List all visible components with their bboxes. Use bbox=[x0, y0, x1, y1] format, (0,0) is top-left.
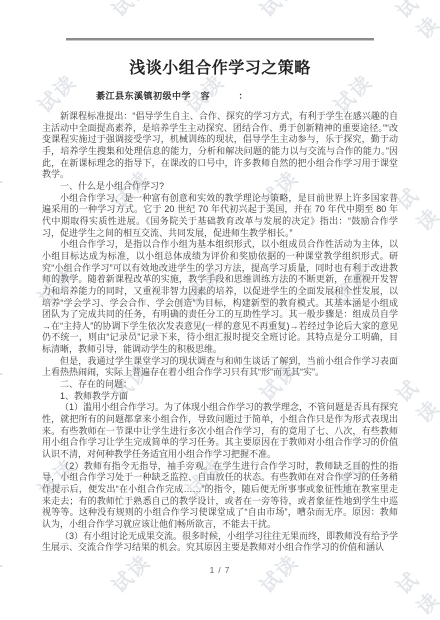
paragraph: （3）有小组讨论无成果交流。很多时候，小组学习往往无果而终，即教师没有给予学生展… bbox=[42, 531, 398, 554]
watermark-text: 试读 bbox=[389, 554, 440, 620]
watermark-text: 试读 bbox=[0, 355, 8, 407]
paragraph: （1）滥用小组合作学习。为了体现小组合作学习的教学理念，不管问题是否具有探究性，… bbox=[42, 402, 398, 460]
paragraph: 小组合作学习，是指以合作小组为基本组织形式，以小组成员合作性活动为主体，以小组目… bbox=[42, 239, 398, 356]
paragraph: （2）教师有指令无指导，袖手旁观。在学生进行合作学习时，教师缺乏目的性的指导，小… bbox=[42, 461, 398, 531]
document-page: 浅谈小组合作学习之策略 綦江县东溪镇初级中学 容 ： 新课程标准提出：“倡导学生… bbox=[0, 0, 440, 620]
watermark-text: 试读 bbox=[0, 163, 8, 215]
subsection-heading: 1、教师教学方面 bbox=[42, 391, 398, 403]
author-line: 綦江县东溪镇初级中学 容 ： bbox=[96, 89, 440, 102]
section-heading: 一、什么是小组合作学习? bbox=[42, 181, 398, 193]
header-divider-line bbox=[66, 38, 374, 41]
section-heading: 二、存在的问题： bbox=[42, 379, 398, 391]
page-number: 1 / 7 bbox=[0, 566, 440, 575]
paragraph: 新课程标准提出：“倡导学生自主、合作、探究的学习方式，有利于学生在感兴趣的自主活… bbox=[42, 111, 398, 181]
document-body: 新课程标准提出：“倡导学生自主、合作、探究的学习方式，有利于学生在感兴趣的自主活… bbox=[42, 111, 398, 554]
paragraph: 但是，我通过学生课堂学习的现状调查与和师生谈话了解到，当前小组合作学习表面上看热… bbox=[42, 356, 398, 379]
paragraph: 小组合作学习，是一种富有创意和实效的教学理论与策略，是目前世界上许多国家普遍采用… bbox=[42, 193, 398, 240]
